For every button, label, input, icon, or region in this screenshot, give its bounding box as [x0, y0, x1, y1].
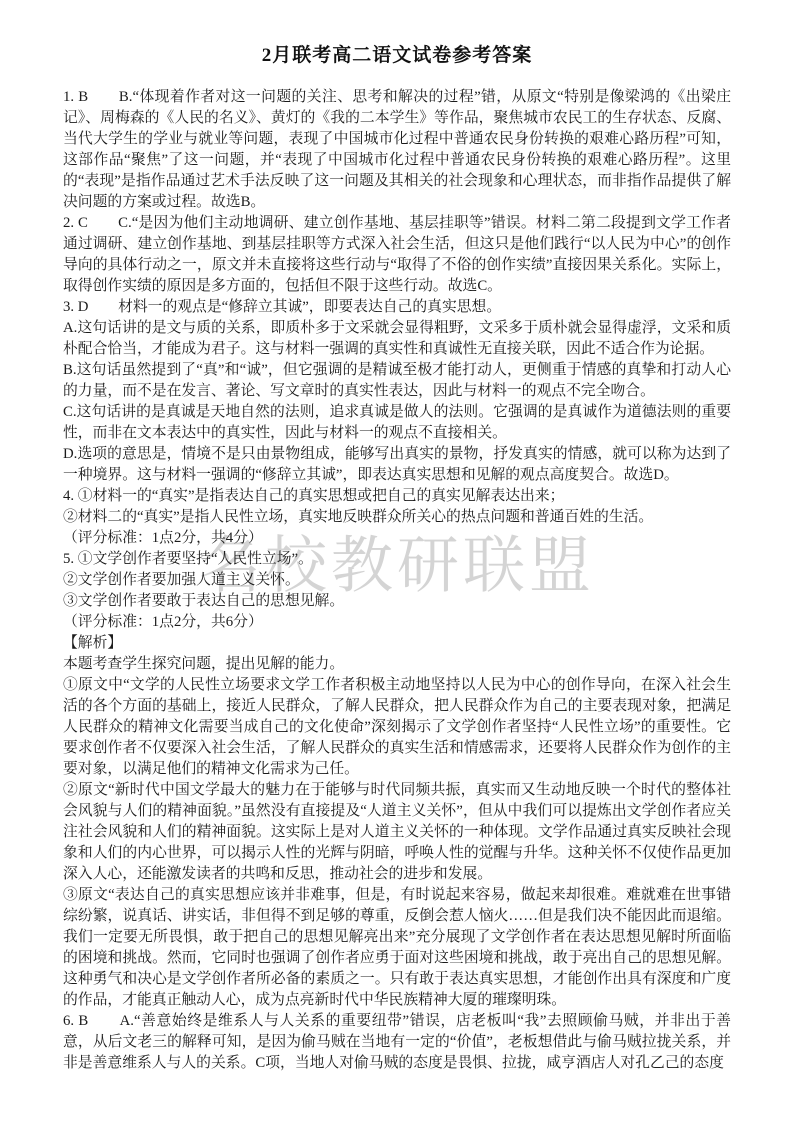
answer-6: 6. B A.“善意始终是维系人与人关系的重要纽带”错误，店老板叫“我”去照顾偷… — [63, 1011, 731, 1074]
answer-3: 3. D 材料一的观点是“修辞立其诚”，即要表达自己的真实思想。 — [63, 297, 731, 318]
answer-3-option-c: C.这句话讲的是真诚是天地自然的法则，追求真诚是做人的法则。它强调的是真诚作为道… — [63, 402, 731, 444]
answer-body: 1. B B.“体现着作者对这一问题的关注、思考和解决的过程”错，从原文“特别是… — [63, 87, 731, 1074]
page-title: 2月联考高二语文试卷参考答案 — [0, 0, 794, 67]
answer-4-scoring: （评分标准：1点2分，共4分） — [63, 528, 731, 549]
analysis-intro: 本题考查学生探究问题，提出见解的能力。 — [63, 654, 731, 675]
answer-1: 1. B B.“体现着作者对这一问题的关注、思考和解决的过程”错，从原文“特别是… — [63, 87, 731, 213]
answer-2: 2. C C.“是因为他们主动地调研、建立创作基地、基层挂职等”错误。材料二第二… — [63, 213, 731, 297]
analysis-point-1: ①原文中“文学的人民性立场要求文学工作者积极主动地坚持以人民为中心的创作导向，在… — [63, 675, 731, 780]
analysis-point-2: ②原文“新时代中国文学最大的魅力在于能够与时代同频共振，真实而又生动地反映一个时… — [63, 780, 731, 885]
answer-4-point-2: ②材料二的“真实”是指人民性立场，真实地反映群众所关心的热点问题和普通百姓的生活… — [63, 507, 731, 528]
exam-answer-page: 名校教研联盟 2月联考高二语文试卷参考答案 1. B B.“体现着作者对这一问题… — [0, 0, 794, 1123]
answer-5-point-3: ③文学创作者要敢于表达自己的思想见解。 — [63, 591, 731, 612]
answer-5-point-2: ②文学创作者要加强人道主义关怀。 — [63, 570, 731, 591]
answer-5-point-1: 5. ①文学创作者要坚持“人民性立场”。 — [63, 549, 731, 570]
analysis-label: 【解析】 — [63, 633, 731, 654]
answer-3-option-d: D.选项的意思是，情境不是只由景物组成，能够写出真实的景物，抒发真实的情感，就可… — [63, 444, 731, 486]
answer-5-scoring: （评分标准：1点2分，共6分） — [63, 612, 731, 633]
answer-3-option-b: B.这句话虽然提到了“真”和“诚”，但它强调的是精诚至极才能打动人，更侧重于情感… — [63, 360, 731, 402]
analysis-point-3: ③原文“表达自己的真实思想应该并非难事，但是，有时说起来容易，做起来却很难。难就… — [63, 885, 731, 1011]
answer-3-option-a: A.这句话讲的是文与质的关系，即质朴多于文采就会显得粗野，文采多于质朴就会显得虚… — [63, 318, 731, 360]
answer-4-point-1: 4. ①材料一的“真实”是指表达自己的真实思想或把自己的真实见解表达出来； — [63, 486, 731, 507]
